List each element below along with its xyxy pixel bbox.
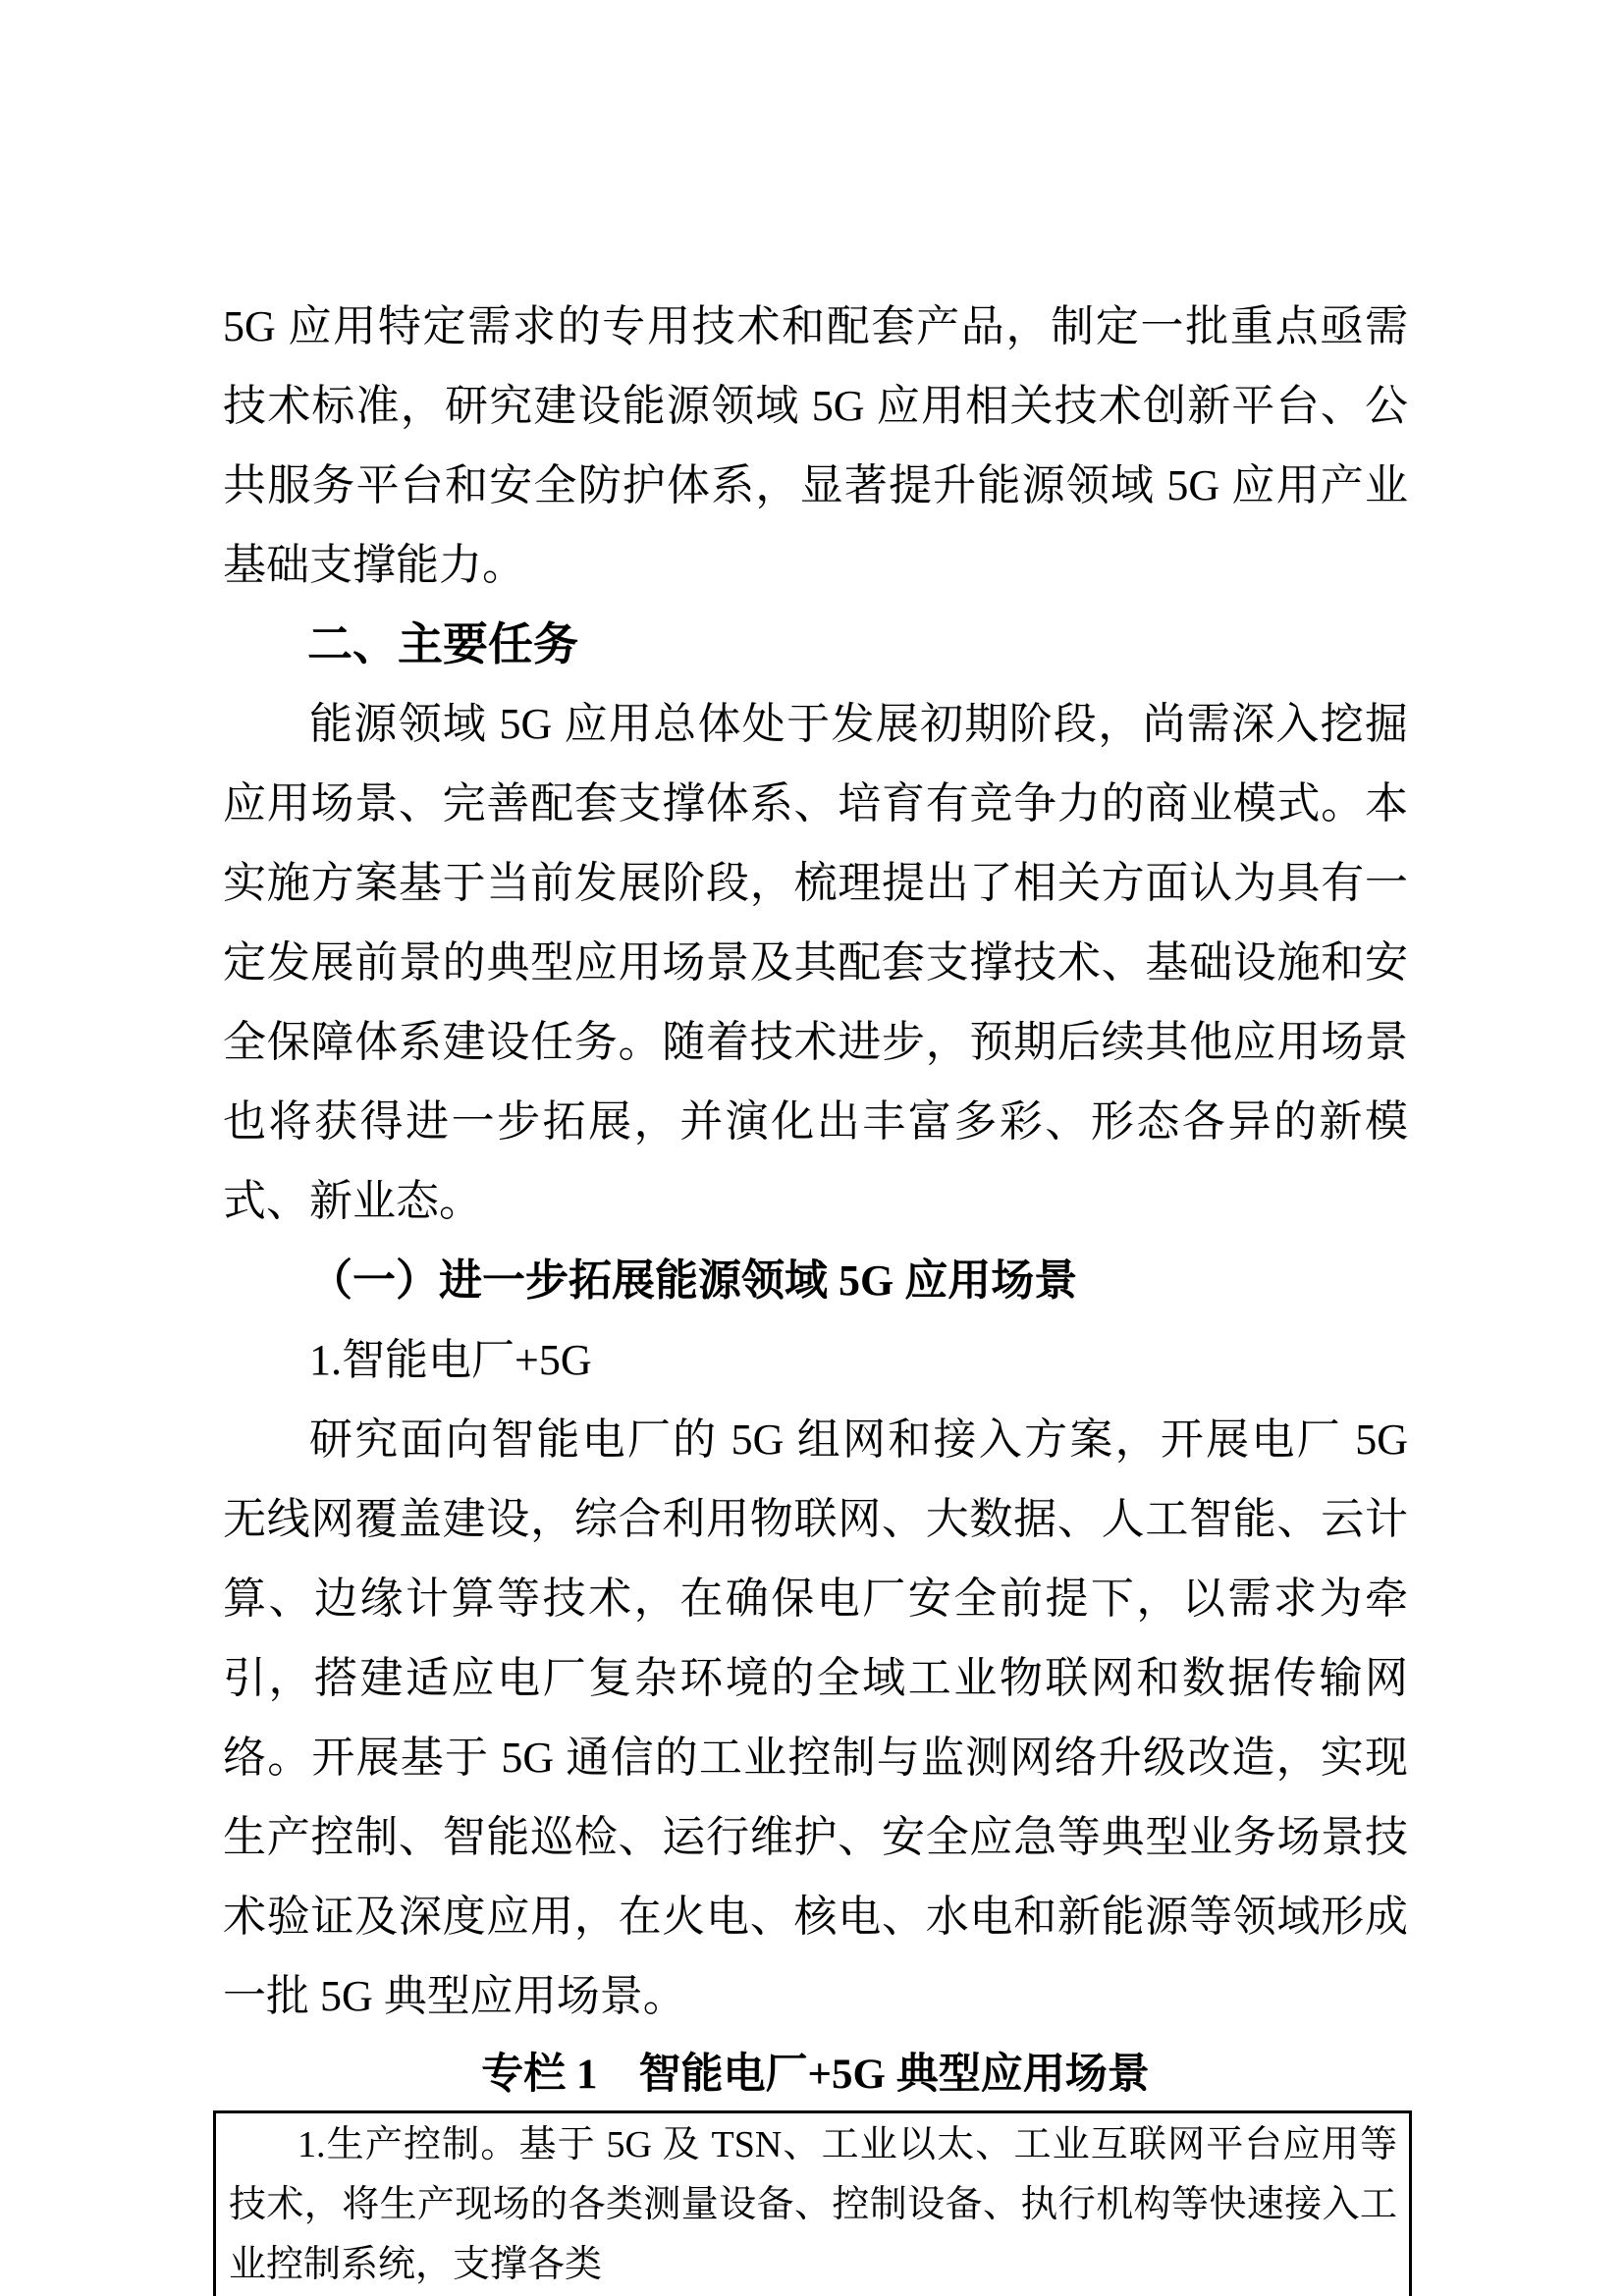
box-paragraph-production-control: 1.生产控制。基于 5G 及 TSN、工业以太、工业互联网平台应用等技术，将生产… xyxy=(229,2115,1397,2295)
paragraph-smart-plant-detail: 研究面向智能电厂的 5G 组网和接入方案，开展电厂 5G 无线网覆盖建设，综合利… xyxy=(223,1400,1408,2036)
callout-box-caption: 专栏 1智能电厂+5G 典型应用场景 xyxy=(223,2046,1408,2105)
paragraph-industry-foundation: 5G 应用特定需求的专用技术和配套产品，制定一批重点亟需技术标准，研究建设能源领… xyxy=(223,287,1408,605)
callout-box-label: 专栏 1 xyxy=(481,2052,597,2098)
document-page: 5G 应用特定需求的专用技术和配套产品，制定一批重点亟需技术标准，研究建设能源领… xyxy=(0,0,1624,2296)
subsection-heading-expand-5g-scenarios: （一）进一步拓展能源领域 5G 应用场景 xyxy=(223,1241,1408,1320)
section-heading-main-tasks: 二、主要任务 xyxy=(223,605,1408,684)
paragraph-tasks-overview: 能源领域 5G 应用总体处于发展初期阶段，尚需深入挖掘应用场景、完善配套支撑体系… xyxy=(223,684,1408,1241)
callout-box-title: 智能电厂+5G 典型应用场景 xyxy=(639,2052,1150,2098)
callout-box-1: 1.生产控制。基于 5G 及 TSN、工业以太、工业互联网平台应用等技术，将生产… xyxy=(213,2110,1412,2296)
item-heading-smart-power-plant-5g: 1.智能电厂+5G xyxy=(223,1320,1408,1400)
